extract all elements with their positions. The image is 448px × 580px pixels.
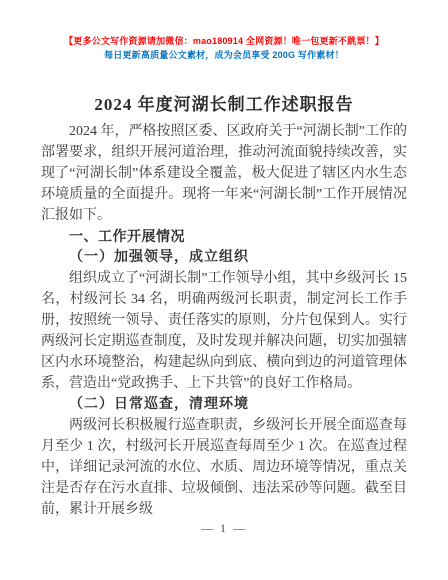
promo-banner: 【更多公文写作资源请加微信：mao180914 全网资源！唯一包更新不跳票！】 … [0,34,448,62]
document-page: 【更多公文写作资源请加微信：mao180914 全网资源！唯一包更新不跳票！】 … [0,0,448,580]
paragraph-organization: 组织成立了“河湖长制”工作领导小组，其中乡级河长 15 名，村级河长 34 名，… [41,268,407,394]
document-title: 2024 年度河湖长制工作述职报告 [0,90,448,115]
promo-line2: 每日更新高质量公文素材，成为会员享受 200G 写作素材！ [0,48,448,62]
page-footer: — 1 — [0,521,448,536]
subsection-heading-1-2: （二）日常巡查，清理环境 [41,394,407,415]
subsection-heading-1-1: （一）加强领导，成立组织 [41,247,407,268]
page-number: — 1 — [201,521,247,535]
document-body: 2024 年，严格按照区委、区政府关于“河湖长制”工作的部署要求，组织开展河道治… [41,121,407,520]
paragraph-intro: 2024 年，严格按照区委、区政府关于“河湖长制”工作的部署要求，组织开展河道治… [41,121,407,226]
section-heading-1: 一、工作开展情况 [41,226,407,247]
promo-line1: 【更多公文写作资源请加微信：mao180914 全网资源！唯一包更新不跳票！】 [0,34,448,48]
paragraph-patrol: 两级河长积极履行巡查职责，乡级河长开展全面巡查每月至少 1 次，村级河长开展巡查… [41,415,407,520]
